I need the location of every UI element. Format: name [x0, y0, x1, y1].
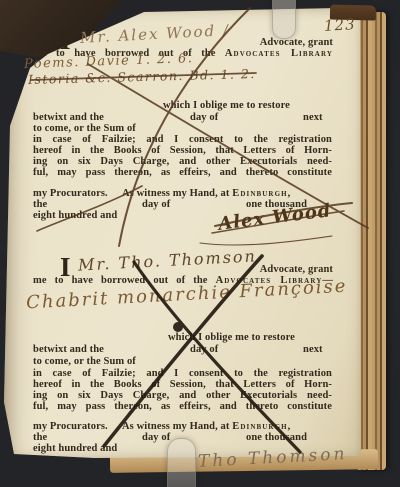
entry-1-eight-hundred: eight hundred and	[33, 210, 117, 222]
entry-2-day-of-2: day of	[142, 432, 170, 444]
entry-2-one-thousand: one thousand	[246, 432, 307, 444]
entry-1-day-of: day of	[190, 112, 218, 124]
entry-2-next: next	[303, 344, 323, 356]
witness-pre: As witness my Hand, at	[122, 421, 230, 432]
witness-pre: As witness my Hand, at	[122, 188, 230, 199]
entry-1-restore-line: which I oblige me to restore	[163, 100, 290, 112]
library-name: Advocates Library	[225, 48, 333, 59]
entry-2-eight-hundred: eight hundred and	[33, 443, 117, 455]
entry-2-betwixt: betwixt and the	[33, 344, 104, 356]
page-marker-tab-top	[272, 0, 296, 39]
entry-1-next: next	[303, 112, 323, 124]
entry-1-day-of-2: day of	[142, 199, 170, 211]
entry-2-restore-line: which I oblige me to restore	[168, 332, 295, 344]
entry-2-ful: ful, may pass thereon, as effeirs, and t…	[33, 401, 332, 413]
book-page-edges	[358, 12, 386, 470]
entry-2-to-come: to come, or the Sum of	[33, 356, 136, 368]
scanned-register-photo: 123 I Mr. Alex Wood / Advocate, grant me…	[0, 0, 400, 487]
edinburgh: Edinburgh,	[232, 188, 291, 199]
edinburgh: Edinburgh,	[232, 421, 291, 432]
page-marker-tab-bottom	[167, 438, 196, 487]
folio-number: 123	[324, 15, 357, 35]
entry-1-ful: ful, may pass thereon, as effeirs, and t…	[33, 167, 332, 179]
entry-2-day-of: day of	[190, 344, 218, 356]
